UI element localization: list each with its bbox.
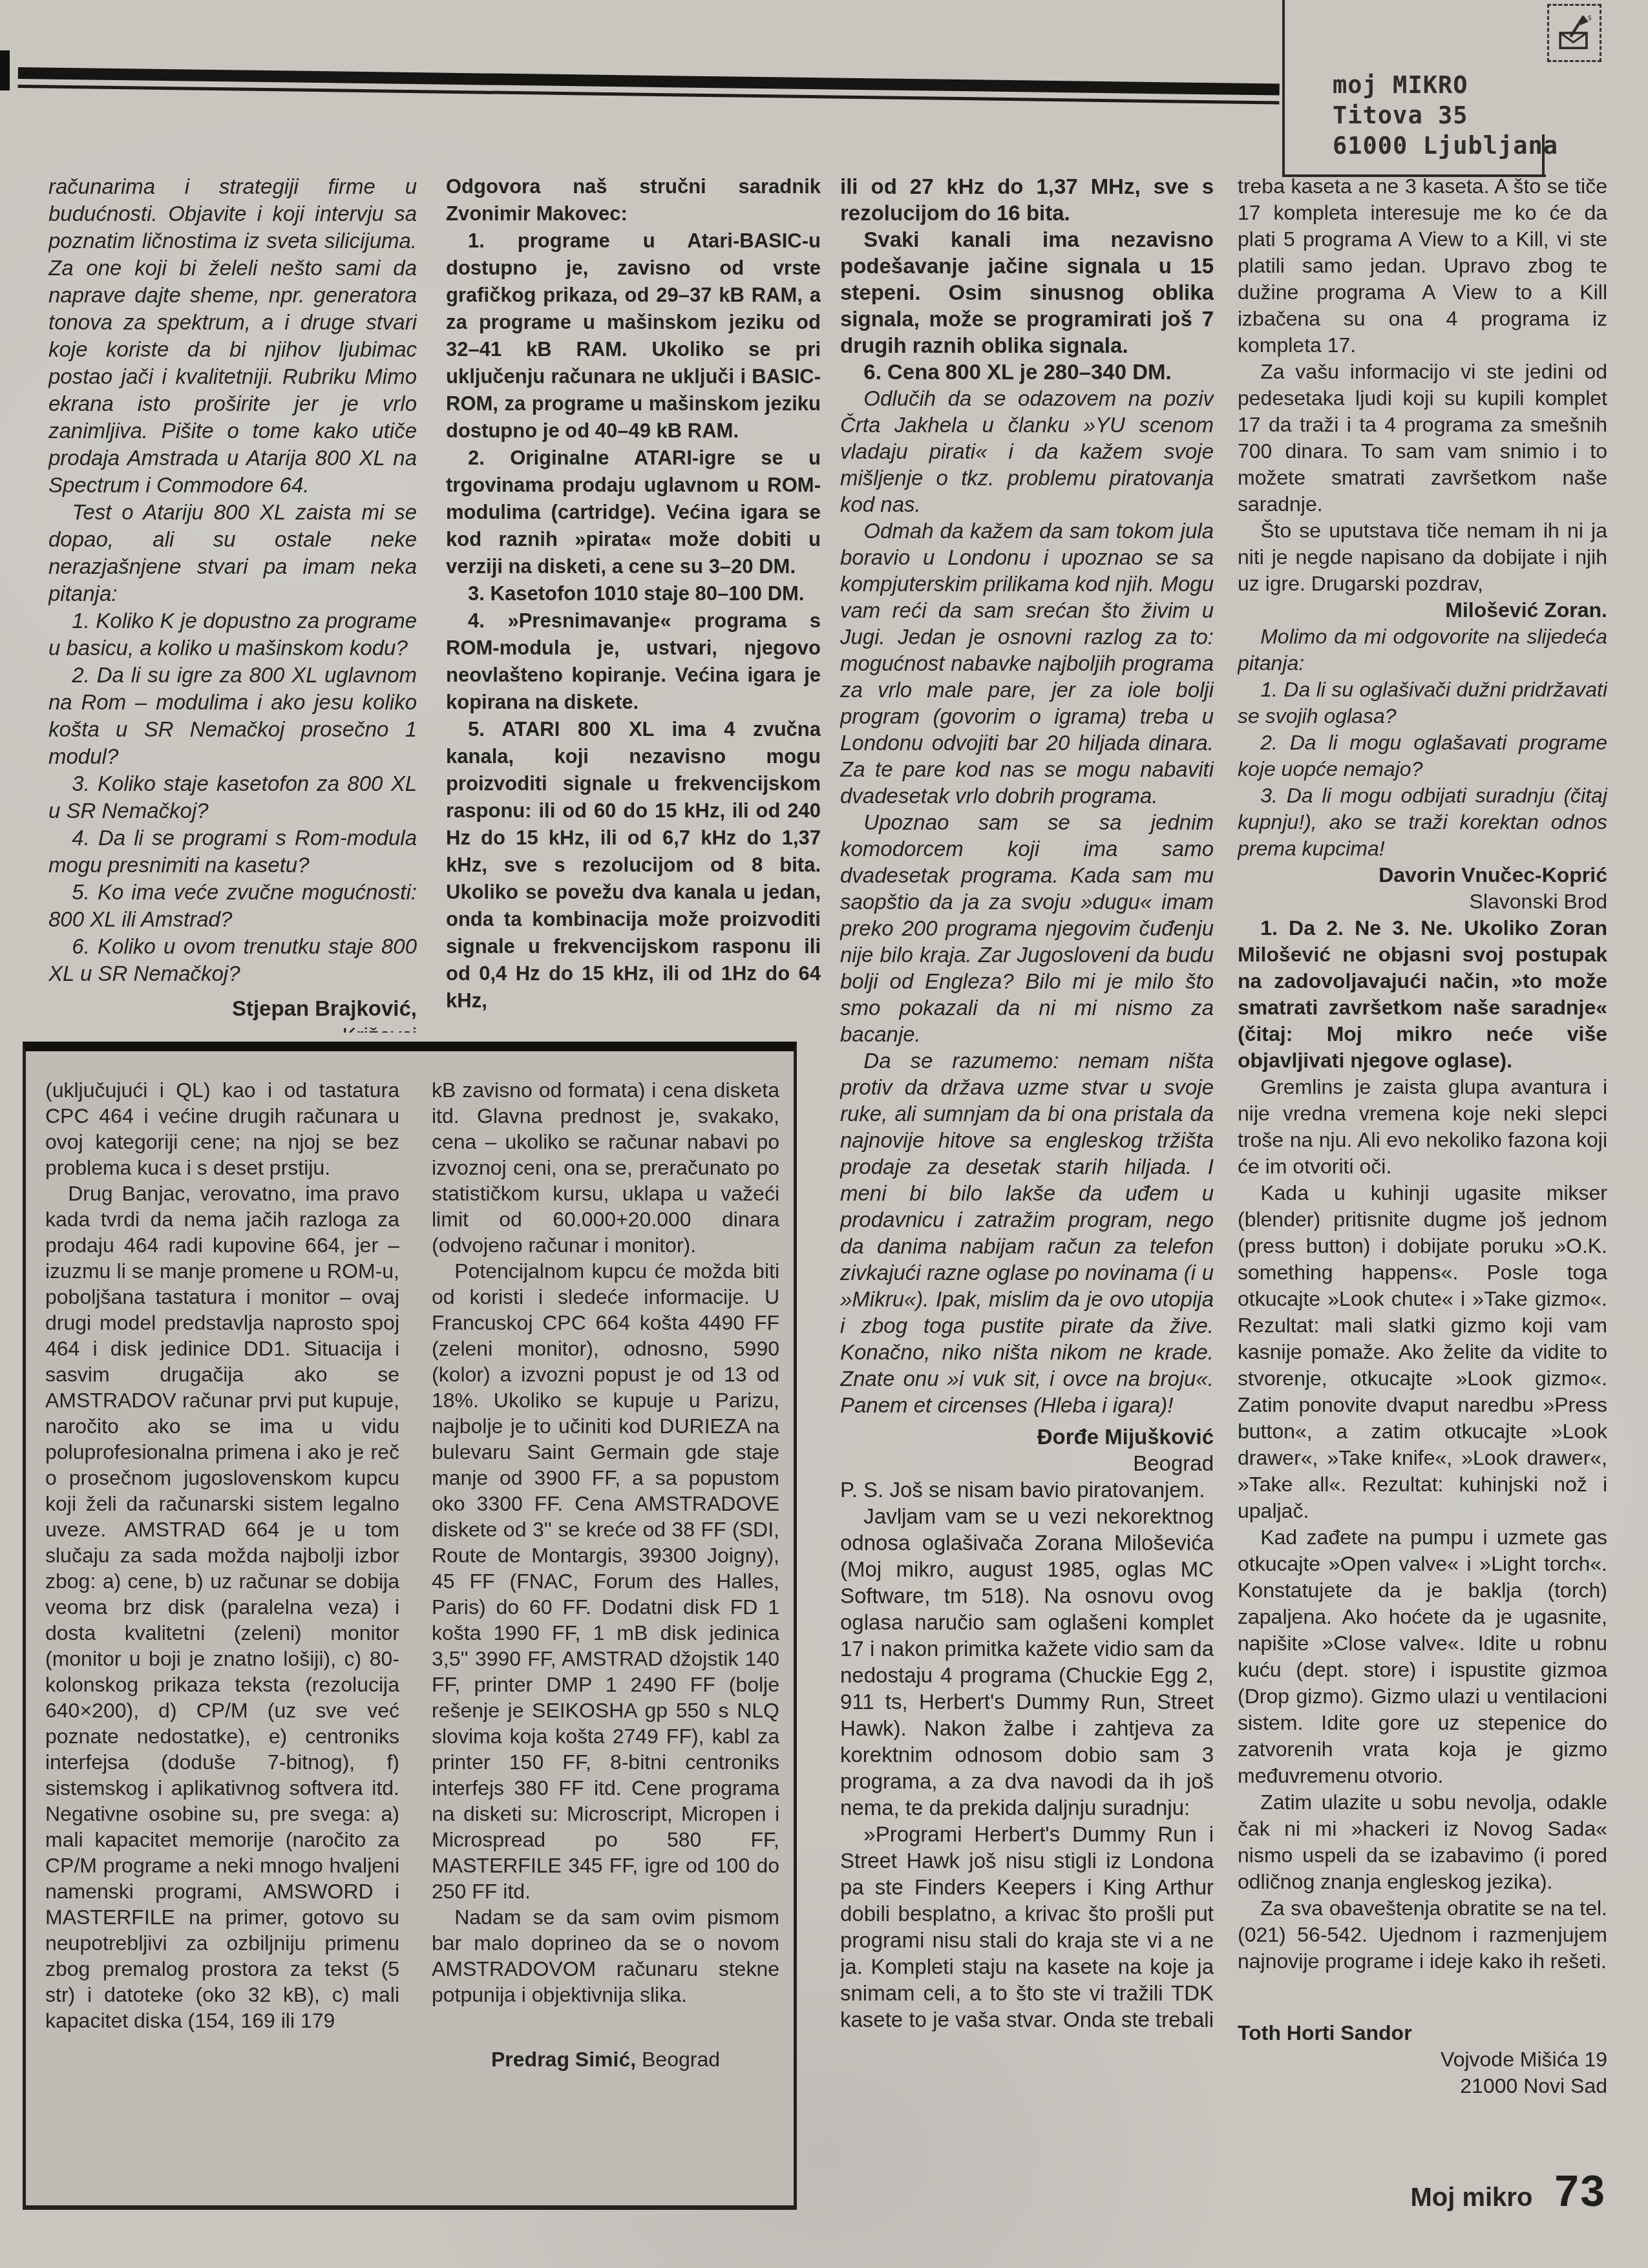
signature: Milošević Zoran. bbox=[1238, 597, 1607, 624]
address-stamp: moj MIKRO Titova 35 61000 Ljubljana bbox=[1333, 70, 1558, 161]
paragraph: 6. Cena 800 XL je 280–340 DM. bbox=[840, 359, 1214, 385]
signature: Toth Horti Sandor bbox=[1238, 2020, 1607, 2046]
paragraph: 2. Da li su igre za 800 XL uglavnom na R… bbox=[48, 662, 417, 770]
paragraph: ili od 27 kHz do 1,37 MHz, sve s rezoluc… bbox=[840, 173, 1214, 226]
paragraph: 1. Da li su oglašivači dužni pridržavati… bbox=[1238, 677, 1607, 730]
paragraph: Odlučih da se odazovem na poziv Črta Jak… bbox=[840, 385, 1214, 518]
paragraph: Za vašu informacijo vi ste jedini od ped… bbox=[1238, 359, 1607, 518]
paragraph: Odgovora naš stručni saradnik Zvonimir M… bbox=[446, 173, 821, 227]
paragraph: treba kaseta a ne 3 kaseta. A što se tič… bbox=[1238, 173, 1607, 359]
paragraph: kB zavisno od formata) i cena disketa it… bbox=[432, 1077, 779, 1258]
magazine-page: moj MIKRO Titova 35 61000 Ljubljana s ra… bbox=[0, 0, 1648, 2268]
paragraph: Javljam vam se u vezi nekorektnog odnosa… bbox=[840, 1503, 1214, 1821]
column-4-letters: treba kaseta a ne 3 kaseta. A što se tič… bbox=[1238, 173, 1607, 2157]
paragraph: računarima i strategiji firme u budućnos… bbox=[48, 173, 417, 499]
paragraph: Za sva obaveštenja obratite se na tel. (… bbox=[1238, 1895, 1607, 1975]
footer-page-number: 73 bbox=[1554, 2167, 1606, 2216]
paragraph: 5. ATARI 800 XL ima 4 zvučna kanala, koj… bbox=[446, 716, 821, 1014]
page-footer: Moj mikro73 bbox=[1370, 2166, 1606, 2216]
postage-stamp-drawing: s bbox=[1555, 12, 1594, 54]
header-rule bbox=[18, 67, 1280, 105]
paragraph: 2. Originalne ATARI-igre se u trgovinama… bbox=[446, 445, 821, 580]
paragraph: 1. Koliko K je dopustno za programe u ba… bbox=[48, 607, 417, 662]
paragraph: Odmah da kažem da sam tokom jula boravio… bbox=[840, 518, 1214, 809]
box-column-2: kB zavisno od formata) i cena disketa it… bbox=[432, 1077, 779, 2189]
paragraph: Kad zađete na pumpu i uzmete gas otkucaj… bbox=[1238, 1524, 1607, 1789]
signature: Davorin Vnučec-Koprić bbox=[1238, 862, 1607, 888]
paragraph: (uključujući i QL) kao i od tastatura CP… bbox=[45, 1077, 399, 1181]
signature: Predrag Simić, Beograd bbox=[432, 2046, 779, 2072]
paragraph: Što se uputstava tiče nemam ih ni ja nit… bbox=[1238, 518, 1607, 597]
paragraph: Nadam se da sam ovim pismom bar malo dop… bbox=[432, 1904, 779, 2008]
boxed-letter-section: (uključujući i QL) kao i od tastatura CP… bbox=[23, 1042, 797, 2210]
paragraph: 1. Da 2. Ne 3. Ne. Ukoliko Zoran Milošev… bbox=[1238, 915, 1607, 1074]
paragraph: 3. Da li mogu odbijati suradnju (čitaj k… bbox=[1238, 782, 1607, 862]
signature-place: Beograd bbox=[840, 1450, 1214, 1476]
signature-place: Križevci bbox=[48, 1022, 417, 1033]
paragraph: Drug Banjac, verovatno, ima pravo kada t… bbox=[45, 1181, 399, 2033]
paragraph: Test o Atariju 800 XL zaista mi se dopao… bbox=[48, 499, 417, 607]
paragraph: 2. Da li mogu oglašavati programe koje u… bbox=[1238, 730, 1607, 782]
signature-address: Vojvode Mišića 19 bbox=[1238, 2046, 1607, 2073]
scan-edge-artifact bbox=[0, 50, 10, 90]
postage-stamp-icon: s bbox=[1547, 4, 1601, 62]
svg-text:s: s bbox=[1587, 13, 1592, 22]
signature-place: 21000 Novi Sad bbox=[1238, 2073, 1607, 2099]
paragraph: Zatim ulazite u sobu nevolja, odakle čak… bbox=[1238, 1789, 1607, 1895]
signature-place: Slavonski Brod bbox=[1238, 888, 1607, 915]
paragraph: Gremlins je zaista glupa avantura i nije… bbox=[1238, 1074, 1607, 1180]
paragraph: P. S. Još se nisam bavio piratovanjem. bbox=[840, 1476, 1214, 1503]
paragraph: 1. programe u Atari-BASIC-u dostupno je,… bbox=[446, 227, 821, 445]
stamp-line-magazine: moj MIKRO bbox=[1333, 70, 1558, 100]
column-3-letters: ili od 27 kHz do 1,37 MHz, sve s rezoluc… bbox=[840, 173, 1214, 2034]
paragraph: 3. Kasetofon 1010 staje 80–100 DM. bbox=[446, 580, 821, 607]
signature: Đorđe Mijušković bbox=[840, 1423, 1214, 1450]
footer-magazine-title: Moj mikro bbox=[1410, 2183, 1532, 2212]
paragraph: Da se razumemo: nemam ništa protiv da dr… bbox=[840, 1047, 1214, 1418]
paragraph: 6. Koliko u ovom trenutku staje 800 XL u… bbox=[48, 933, 417, 987]
paragraph: »Programi Herbert's Dummy Run i Street H… bbox=[840, 1821, 1214, 2034]
paragraph: 4. Da li se programi s Rom-modula mogu p… bbox=[48, 824, 417, 879]
paragraph: Kada u kuhinji ugasite mikser (blender) … bbox=[1238, 1180, 1607, 1524]
paragraph: Upoznao sam se sa jednim komodorcem koji… bbox=[840, 809, 1214, 1047]
box-column-1: (uključujući i QL) kao i od tastatura CP… bbox=[45, 1077, 399, 2182]
paragraph: 4. »Presnimavanje« programa s ROM-modula… bbox=[446, 607, 821, 716]
paragraph: Svaki kanali ima nezavisno podešavanje j… bbox=[840, 226, 1214, 359]
header-rule-thick bbox=[18, 67, 1280, 96]
column-2-editor-answer: Odgovora naš stručni saradnik Zvonimir M… bbox=[446, 173, 821, 1039]
signature: Stjepan Brajković, bbox=[48, 995, 417, 1022]
paragraph: 3. Koliko staje kasetofon za 800 XL u SR… bbox=[48, 770, 417, 824]
paragraph: 5. Ko ima veće zvučne mogućnosti: 800 XL… bbox=[48, 879, 417, 933]
stamp-line-city: 61000 Ljubljana bbox=[1333, 131, 1558, 161]
stamp-line-street: Titova 35 bbox=[1333, 100, 1558, 131]
paragraph: Molimo da mi odgovorite na slijedeća pit… bbox=[1238, 624, 1607, 677]
column-1-reader-letter: računarima i strategiji firme u budućnos… bbox=[48, 173, 417, 1033]
signature-place: Beograd bbox=[636, 2048, 720, 2071]
paragraph: Potencijalnom kupcu će možda biti od kor… bbox=[432, 1258, 779, 1904]
signature-name: Predrag Simić, bbox=[491, 2048, 636, 2071]
